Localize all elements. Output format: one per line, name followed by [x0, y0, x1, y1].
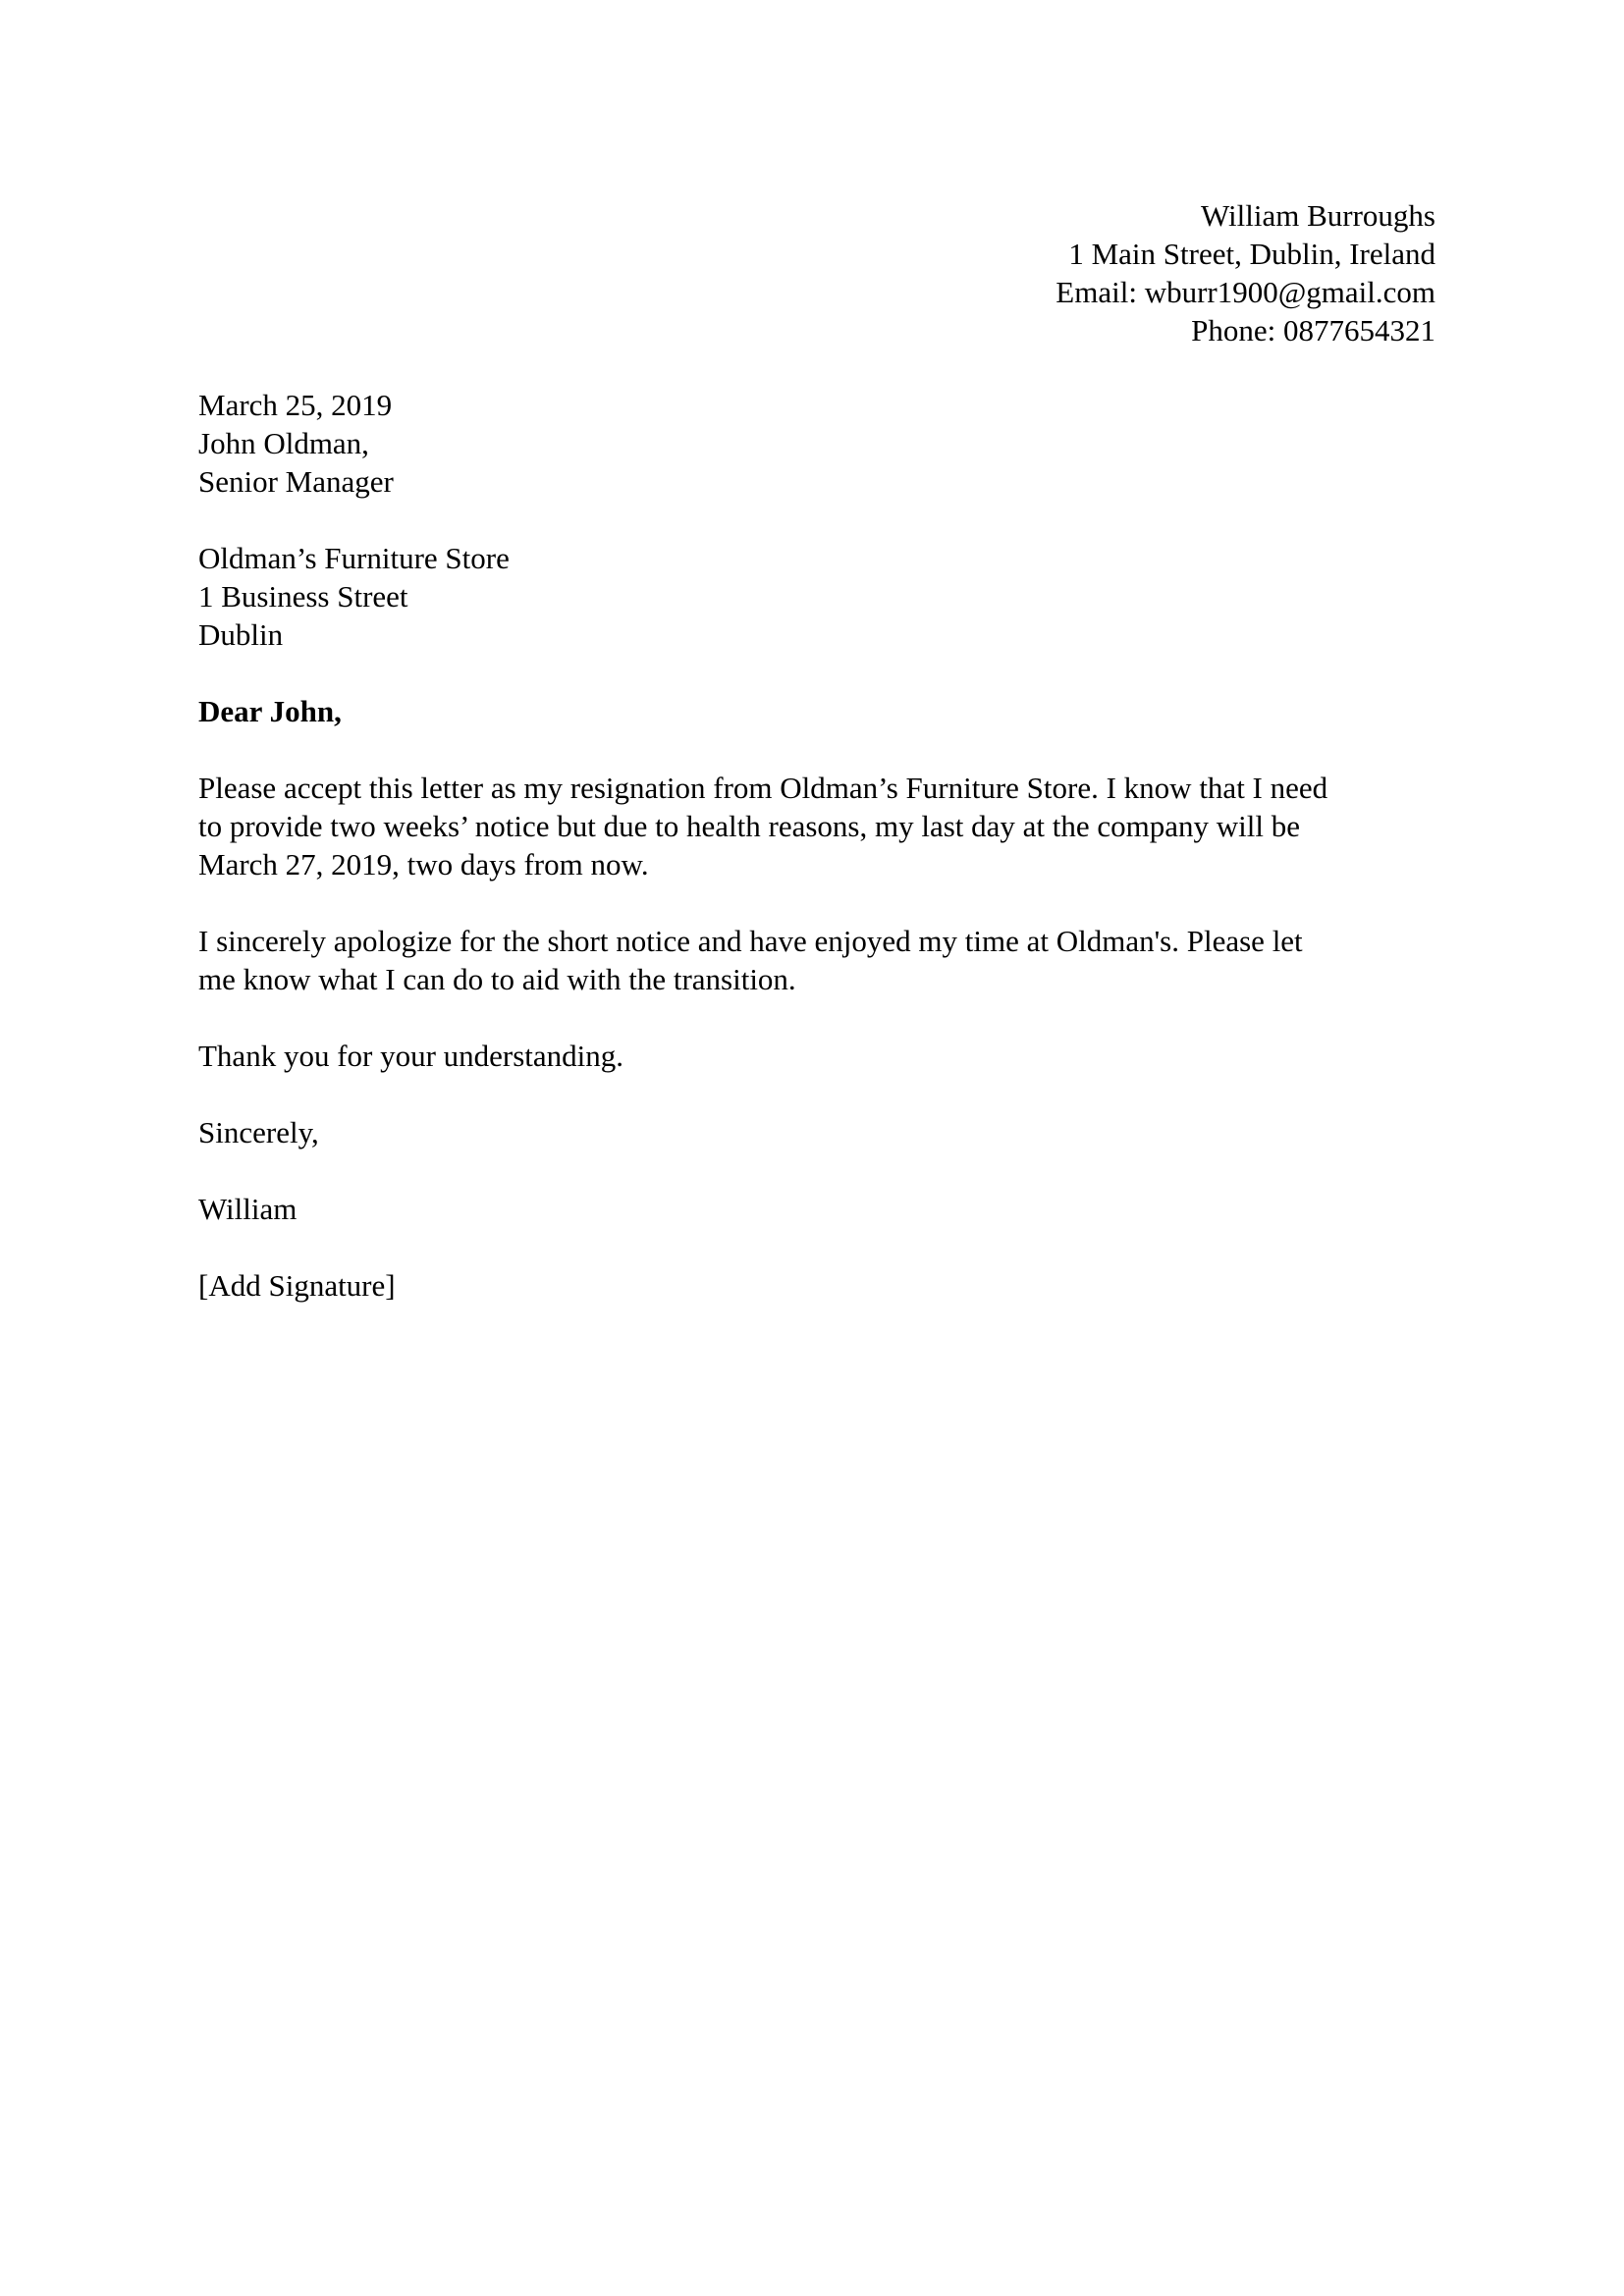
company-address-block: Oldman’s Furniture Store 1 Business Stre…	[198, 539, 1435, 654]
salutation: Dear John,	[198, 692, 1435, 730]
closing-text: Sincerely,	[198, 1113, 1435, 1151]
signature-placeholder: [Add Signature]	[198, 1266, 1435, 1305]
recipient-title: Senior Manager	[198, 462, 1435, 501]
company-street: 1 Business Street	[198, 577, 1435, 615]
sender-name: William Burroughs	[1056, 196, 1435, 235]
closing: Sincerely,	[198, 1113, 1435, 1151]
sender-email: Email: wburr1900@gmail.com	[1056, 273, 1435, 311]
salutation-text: Dear John,	[198, 692, 1435, 730]
company-name: Oldman’s Furniture Store	[198, 539, 1435, 577]
letter-page: William Burroughs 1 Main Street, Dublin,…	[0, 0, 1624, 2296]
paragraph-line: to provide two weeks’ notice but due to …	[198, 807, 1435, 845]
body-paragraph-1: Please accept this letter as my resignat…	[198, 769, 1435, 883]
thanks-line: Thank you for your understanding.	[198, 1037, 1435, 1075]
recipient-name: John Oldman,	[198, 424, 1435, 462]
letter-date: March 25, 2019	[198, 386, 1435, 424]
paragraph-line: me know what I can do to aid with the tr…	[198, 960, 1435, 998]
company-city: Dublin	[198, 615, 1435, 654]
sender-block: William Burroughs 1 Main Street, Dublin,…	[1056, 196, 1435, 349]
paragraph-line: Please accept this letter as my resignat…	[198, 769, 1435, 807]
sender-address: 1 Main Street, Dublin, Ireland	[1056, 235, 1435, 273]
paragraph-line: March 27, 2019, two days from now.	[198, 845, 1435, 883]
recipient-block: March 25, 2019 John Oldman, Senior Manag…	[198, 386, 1435, 501]
paragraph-line: I sincerely apologize for the short noti…	[198, 922, 1435, 960]
body-paragraph-2: I sincerely apologize for the short noti…	[198, 922, 1435, 998]
signature-placeholder-text: [Add Signature]	[198, 1266, 1435, 1305]
signer-name: William	[198, 1190, 1435, 1228]
thanks-text: Thank you for your understanding.	[198, 1037, 1435, 1075]
sender-phone: Phone: 0877654321	[1056, 311, 1435, 349]
signer-name-text: William	[198, 1190, 1435, 1228]
